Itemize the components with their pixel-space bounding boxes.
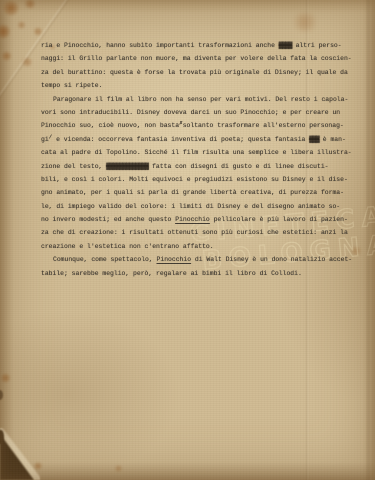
text-line: zione del testo, ▓▓▓▓▓▓▓▓▓▓▓▓▓ fatta con… [41,160,357,173]
text-line: za del burattino: questa è forse la trov… [41,66,357,79]
text-line: no invero modesti; ed anche questo Pinoc… [41,213,357,226]
stain-spot [292,12,318,32]
stain-spot [33,27,43,36]
text-line: cata al padre di Topolino. Sicché il fil… [41,146,357,159]
edge-nick [0,390,3,400]
text-line: creazione e l'estetica non c'entrano aff… [41,240,357,253]
stain-spot [17,21,26,29]
stain-spot [0,24,11,39]
text-line: tempo si ripete. [41,79,357,92]
overstrike-correction: ∕ [49,130,53,143]
text-line: naggi: il Grillo parlante non muore, ma … [41,52,357,65]
torn-corner [0,434,34,480]
text-line: za che di creazione: i risultati ottenut… [41,226,357,239]
overstrike-correction: ▓▓▓ [309,136,319,143]
stain-spot [21,57,33,67]
stain-spot [2,0,20,16]
text-line: tabile; sarebbe meglio, però, regalare a… [41,267,357,280]
text-block: ria e Pinocchio, hanno subìto importanti… [41,39,357,280]
text-line: Pinocchio suo, cioè nuovo, non basta✗sol… [41,119,357,132]
text-line: vori sono intraducibili. Disney doveva d… [41,106,357,119]
underlined-title: Pinocchio [157,256,192,263]
overstrike-correction: ▓▓▓▓▓▓▓▓▓▓▓▓▓ [106,163,148,170]
stain-spot [24,0,36,9]
text-line: gi∕ e vicenda: occorreva fantasia invent… [41,133,357,146]
text-line: gno animato, per i quali si parla di gra… [41,186,357,199]
text-line: Paragonare il film al libro non ha senso… [41,93,357,106]
stain-spot [114,465,123,472]
overstrike-correction: ▓▓▓▓ [279,42,292,49]
underlined-title: Pinocchio [175,216,210,223]
stain-spot [1,51,12,61]
text-line: ria e Pinocchio, hanno subìto importanti… [41,39,357,52]
document-page: CINETECA BOLOGNA ria e Pinocchio, hanno … [0,0,375,480]
text-line: le, di impiego valido del colore: i limi… [41,200,357,213]
text-line: bili, e così i colori. Molti equivoci e … [41,173,357,186]
stain-spot [0,373,11,383]
overstrike-correction: ✗ [179,117,183,130]
text-line: Comunque, come spettacolo, Pinocchio di … [41,253,357,266]
